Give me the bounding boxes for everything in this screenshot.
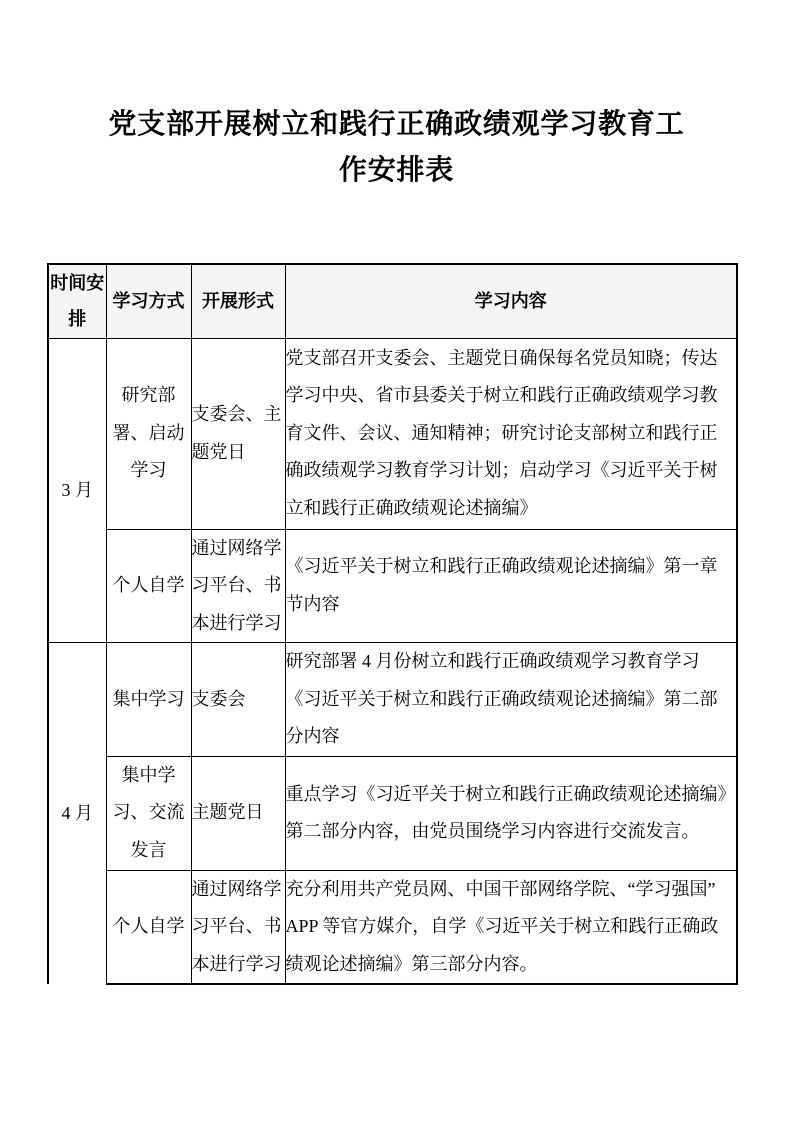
form-cell: 主题党日 [191, 756, 285, 870]
table-row: 个人自学 通过网络学 习平台、书 本进行学习 充分利用共产党员网、中国干部网络学… [48, 870, 737, 984]
table-header-row: 时间安 排 学习方式 开展形式 学习内容 [48, 264, 737, 338]
content-cell: 研究部署 4 月份树立和践行正确政绩观学习教育学习 《习近平关于树立和践行正确政… [285, 643, 737, 757]
header-learning-method: 学习方式 [106, 264, 191, 338]
table-row: 3 月 研究部 署、启动 学习 支委会、主 题党日 党支部召开支委会、主题党日确… [48, 338, 737, 529]
table-row: 个人自学 通过网络学 习平台、书 本进行学习 《习近平关于树立和践行正确政绩观论… [48, 529, 737, 643]
content-cell: 重点学习《习近平关于树立和践行正确政绩观论述摘编》 第二部分内容，由党员围绕学习… [285, 756, 737, 870]
form-cell: 通过网络学 习平台、书 本进行学习 [191, 529, 285, 643]
document-page: { "title": { "text": "党支部开展树立和践行正确政绩观学习教… [0, 0, 793, 1122]
header-time-arrangement: 时间安 排 [48, 264, 106, 338]
page-title: 党支部开展树立和践行正确政绩观学习教育工 作安排表 [0, 102, 793, 194]
method-cell: 个人自学 [106, 870, 191, 984]
table-row: 4 月 集中学习 支委会 研究部署 4 月份树立和践行正确政绩观学习教育学习 《… [48, 643, 737, 757]
method-cell: 集中学 习、交流 发言 [106, 756, 191, 870]
month-cell-april: 4 月 [48, 643, 106, 985]
method-cell: 集中学习 [106, 643, 191, 757]
method-cell: 研究部 署、启动 学习 [106, 338, 191, 529]
content-cell: 充分利用共产党员网、中国干部网络学院、“学习强国” APP 等官方媒介，自学《习… [285, 870, 737, 984]
method-cell: 个人自学 [106, 529, 191, 643]
month-cell-march: 3 月 [48, 338, 106, 643]
content-cell: 党支部召开支委会、主题党日确保每名党员知晓；传达 学习中央、省市县委关于树立和践… [285, 338, 737, 529]
header-development-form: 开展形式 [191, 264, 285, 338]
form-cell: 支委会、主 题党日 [191, 338, 285, 529]
header-learning-content: 学习内容 [285, 264, 737, 338]
content-cell: 《习近平关于树立和践行正确政绩观论述摘编》第一章 节内容 [285, 529, 737, 643]
form-cell: 支委会 [191, 643, 285, 757]
work-arrangement-table: 时间安 排 学习方式 开展形式 学习内容 3 月 研究部 署、启动 学习 支委会… [47, 263, 738, 985]
form-cell: 通过网络学 习平台、书 本进行学习 [191, 870, 285, 984]
table-row: 集中学 习、交流 发言 主题党日 重点学习《习近平关于树立和践行正确政绩观论述摘… [48, 756, 737, 870]
